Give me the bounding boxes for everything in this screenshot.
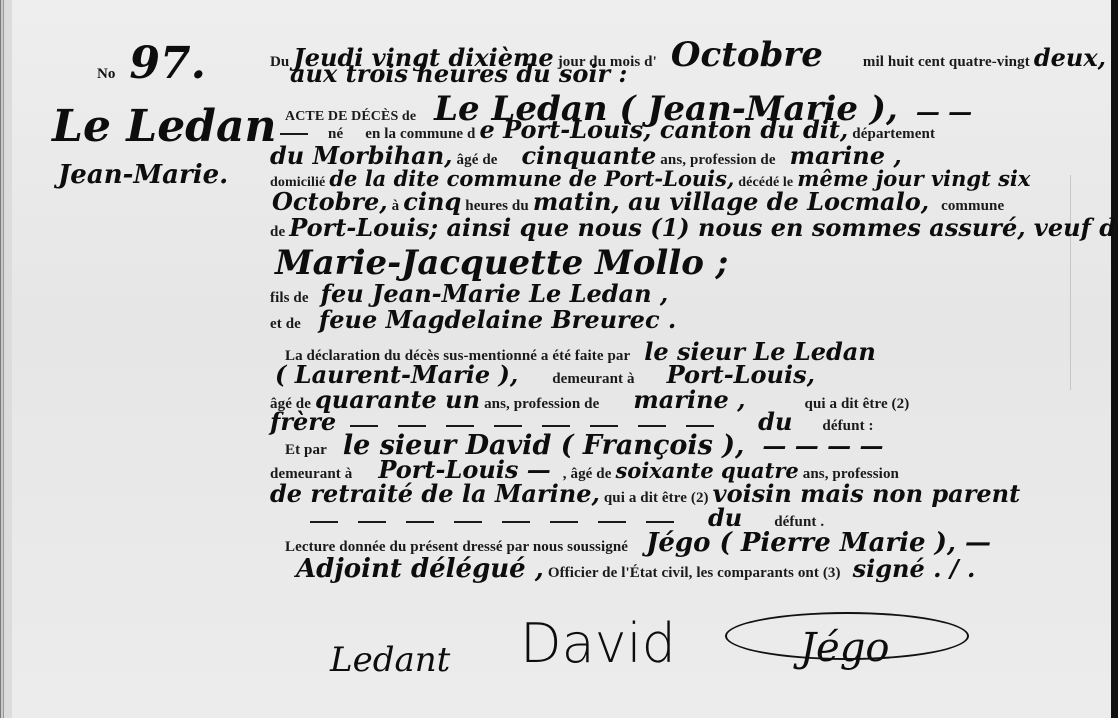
handwritten-officer-title: Adjoint délégué , — [296, 554, 544, 584]
fill-dash — [398, 425, 426, 427]
handwritten-death-place: matin, au village de Locmalo, — [533, 187, 929, 216]
margin-surname: Le Ledan — [52, 105, 276, 149]
declarant-2-profession-line: de retraité de la Marine, qui a dit être… — [270, 482, 1020, 506]
signature-ledant: Ledant — [330, 640, 450, 680]
handwritten-time: aux trois heures du soir : — [290, 59, 627, 88]
handwritten-verification: Port-Louis; ainsi que nous (1) nous en s… — [289, 213, 1118, 242]
handwritten-month: Octobre, — [272, 187, 388, 216]
mother-line: et de feue Magdelaine Breurec . — [270, 308, 676, 332]
fill-dash — [358, 521, 386, 523]
printed-text: Officier de l'État civil, les comparants… — [548, 565, 841, 581]
fill-dash — [446, 425, 474, 427]
birthplace-line: né en la commune d e Port-Louis, canton … — [270, 118, 935, 142]
handwritten-declarant-2-profession: de retraité de la Marine, — [270, 479, 600, 508]
record-number-label: No — [97, 66, 115, 82]
margin-given-names: Jean-Marie. — [58, 162, 228, 188]
printed-text: et de — [270, 316, 301, 332]
verification-line: de Port-Louis; ainsi que nous (1) nous e… — [270, 216, 1118, 240]
printed-text: Lecture donnée du présent dressé par nou… — [285, 539, 628, 555]
signature-david: David — [520, 612, 676, 675]
handwritten-father-name: feu Jean-Marie Le Ledan , — [321, 279, 669, 308]
handwritten-signed: signé . / . — [853, 554, 976, 583]
fill-dash — [550, 521, 578, 523]
spouse-line: Marie-Jacquette Mollo ; — [275, 246, 728, 280]
printed-text: à — [392, 198, 400, 214]
fill-dash — [598, 521, 626, 523]
handwritten-hour: cinq — [403, 187, 461, 216]
declarant-2-line: Et par le sieur David ( François ), — — … — [285, 432, 884, 459]
binding-edge — [0, 0, 12, 718]
handwritten-declarant-2-relation: voisin mais non parent — [713, 479, 1020, 508]
death-time-place-line: Octobre, à cinq heures du matin, au vill… — [272, 190, 1004, 214]
record-time-line: aux trois heures du soir : — [290, 62, 627, 86]
fill-dash — [454, 521, 482, 523]
handwritten-month: Octobre — [671, 35, 823, 75]
fill-dash — [502, 521, 530, 523]
fill-dash — [494, 425, 522, 427]
printed-text: Du — [270, 54, 289, 70]
printed-text: mil huit cent quatre-vingt — [863, 54, 1030, 70]
record-number-value: 97. — [129, 38, 206, 89]
fill-dash — [590, 425, 618, 427]
fill-dash — [310, 521, 338, 523]
fill-dashes: — — — — — [762, 431, 883, 460]
printed-text: Et par — [285, 442, 327, 458]
printed-text: fils de — [270, 290, 309, 306]
printed-text: qui a dit être (2) — [604, 490, 709, 506]
printed-text: de — [270, 224, 285, 240]
fill-dash — [350, 425, 378, 427]
officer-line: Adjoint délégué , Officier de l'État civ… — [296, 556, 975, 582]
record-number: No 97. — [97, 42, 206, 86]
father-line: fils de feu Jean-Marie Le Ledan , — [270, 282, 668, 306]
handwritten-year: deux, — [1034, 43, 1106, 72]
declarant-1-residence-line: ( Laurent-Marie ), demeurant à Port-Loui… — [275, 363, 815, 387]
printed-text: né — [328, 126, 343, 142]
reading-line: Lecture donnée du présent dressé par nou… — [285, 530, 991, 556]
handwritten-mother-name: feue Magdelaine Breurec . — [319, 305, 676, 334]
age-profession-line: du Morbihan, âgé de cinquante ans, profe… — [270, 144, 902, 168]
fill-dash — [686, 425, 714, 427]
handwritten-spouse-name: Marie-Jacquette Mollo ; — [275, 243, 728, 283]
ruled-column-line — [1070, 175, 1071, 390]
printed-text: en la commune d — [365, 126, 475, 142]
fill-dash — [638, 425, 666, 427]
printed-text: demeurant à — [552, 371, 634, 387]
fill-dash — [646, 521, 674, 523]
declarant-1-age-line: âgé de quarante un ans, profession de ma… — [270, 388, 909, 412]
declarant-2-defunt-line: du défunt . — [300, 506, 824, 530]
fill-dash — [542, 425, 570, 427]
signature-jego: Jégo — [800, 625, 889, 671]
fill-dash — [280, 133, 308, 135]
printed-text: département — [852, 126, 935, 142]
scan-border — [1111, 0, 1118, 718]
handwritten-birthplace: e Port-Louis, canton du dit, — [479, 115, 848, 144]
fill-dash — [406, 521, 434, 523]
printed-text: heures du — [465, 198, 529, 214]
death-record-page: No 97. Le Ledan Jean-Marie. Du Jeudi vin… — [0, 0, 1118, 718]
printed-text: commune — [941, 198, 1004, 214]
